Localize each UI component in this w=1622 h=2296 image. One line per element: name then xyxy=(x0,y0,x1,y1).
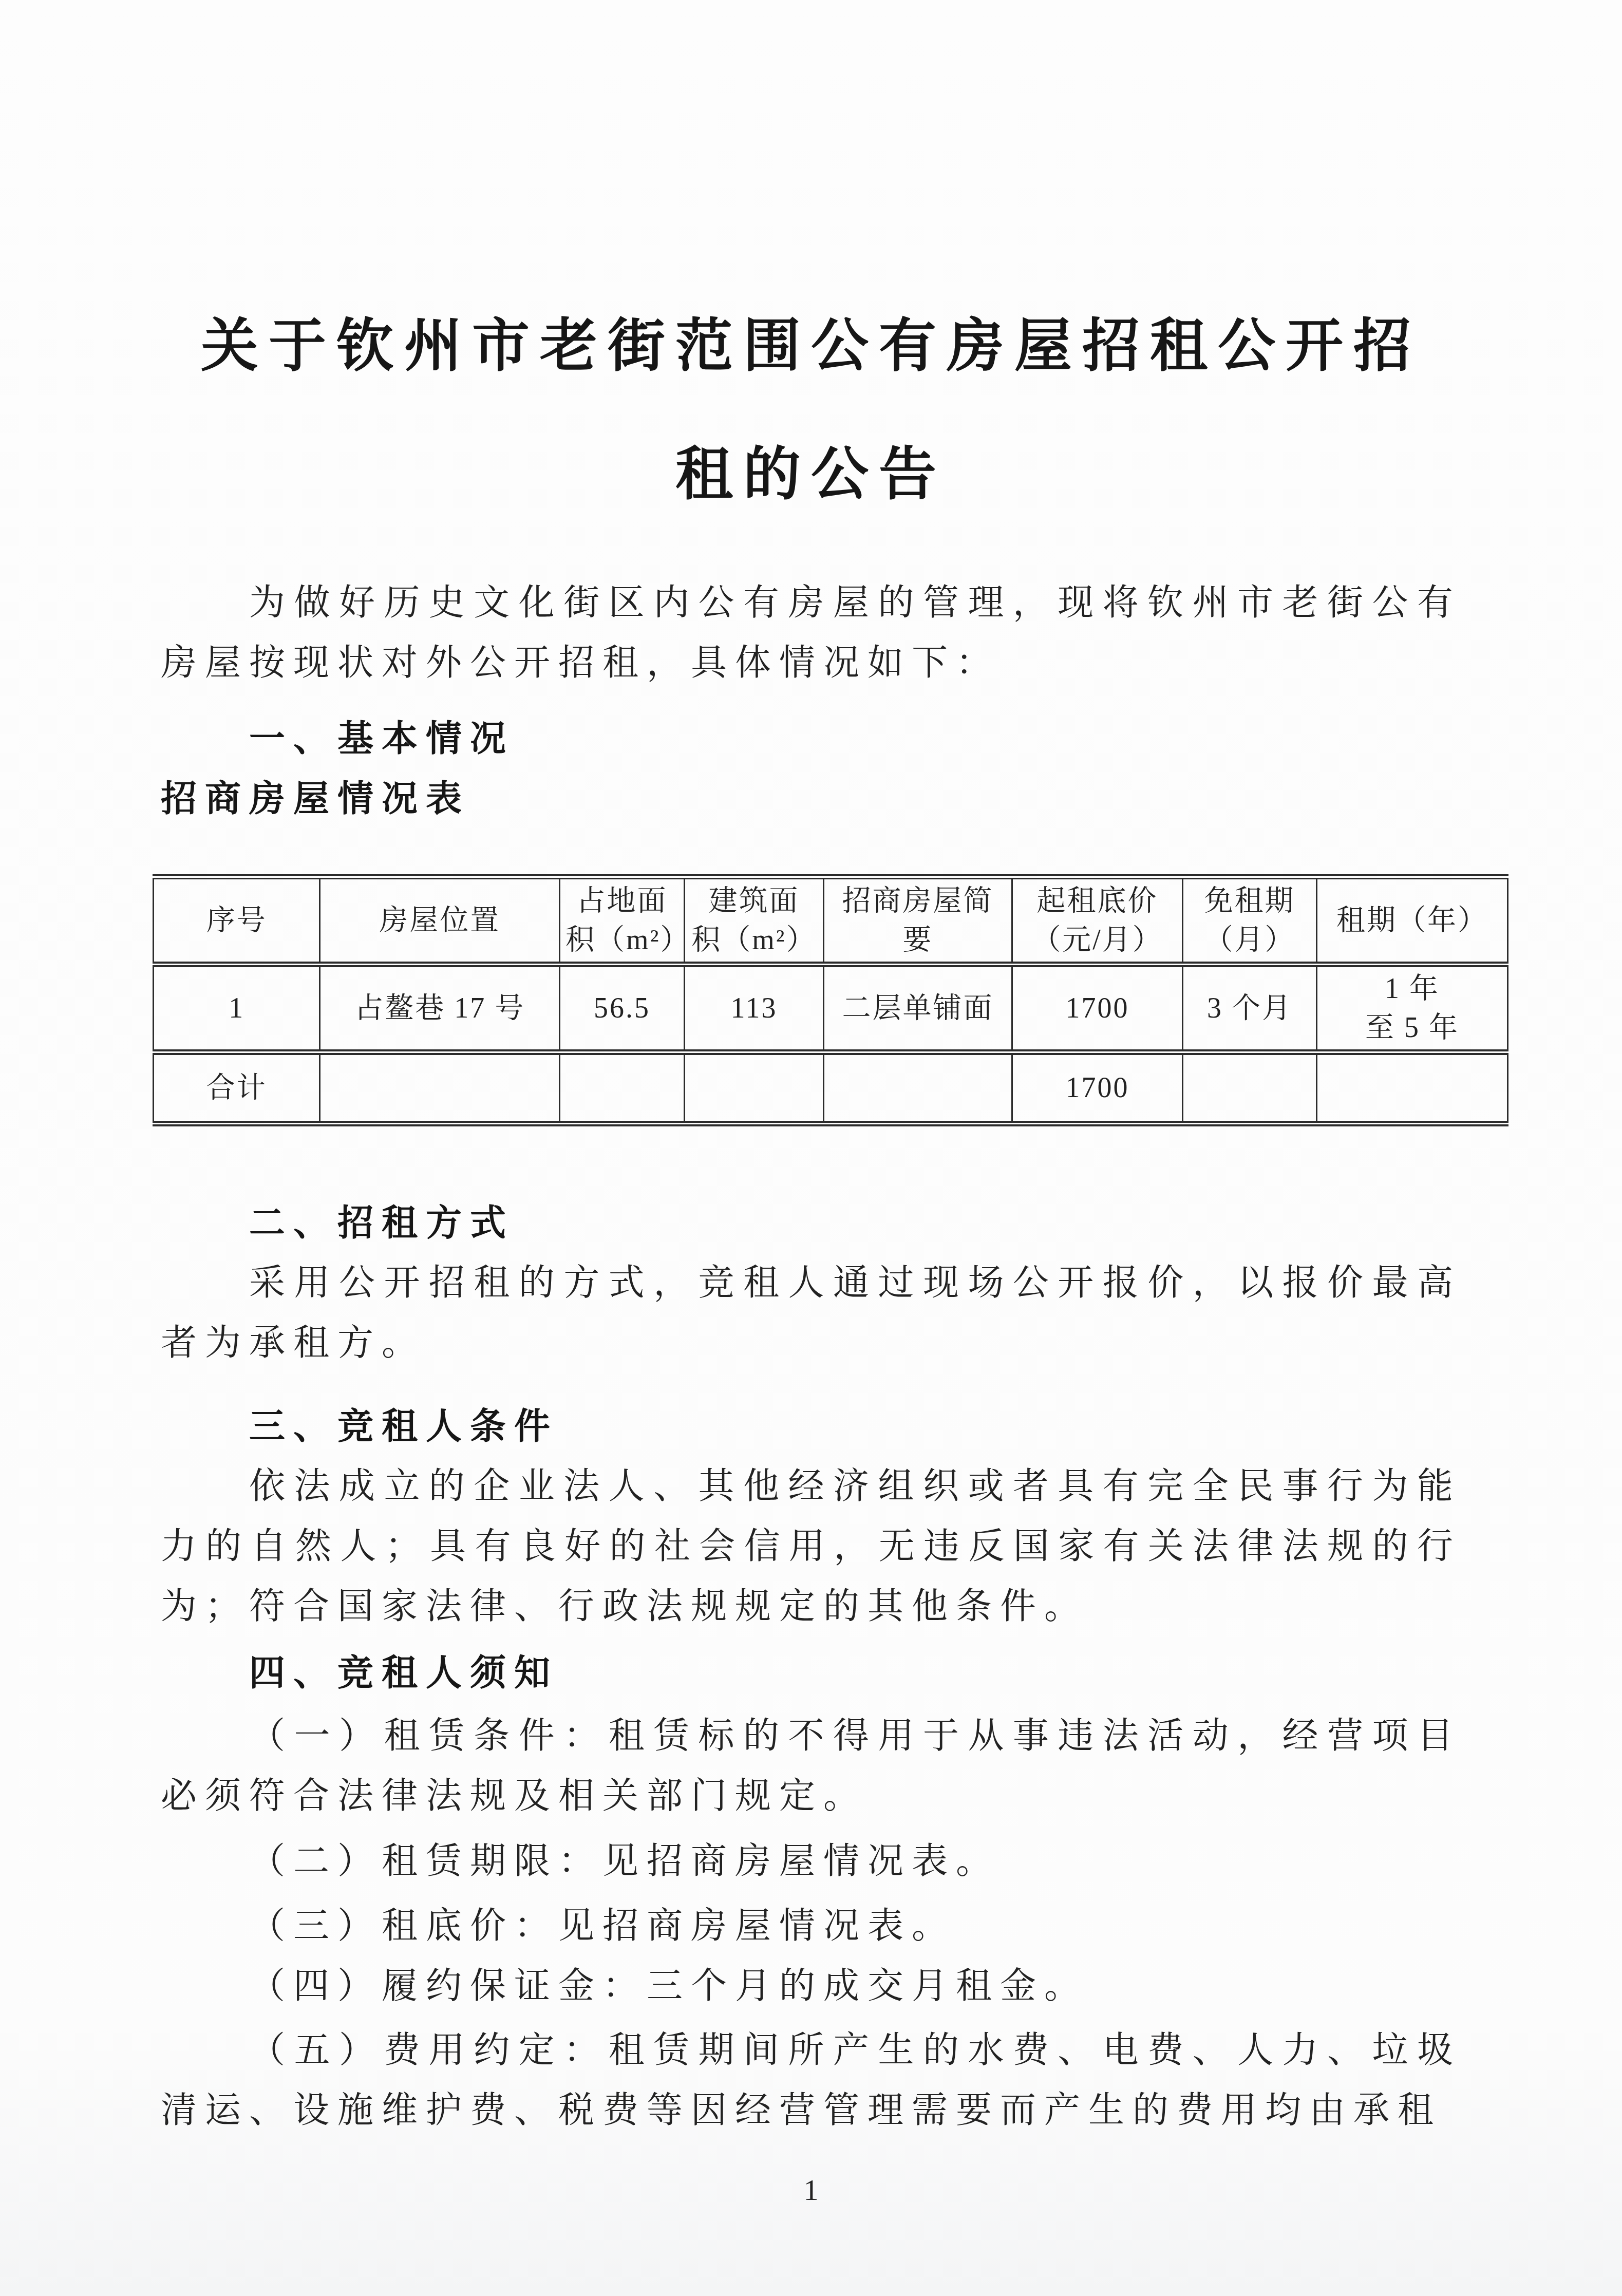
cell-total-brief xyxy=(824,1052,1012,1124)
document-title: 关于钦州市老街范围公有房屋招租公开招 租的公告 xyxy=(161,283,1461,539)
section-4-item-4: （四）履约保证金：三个月的成交月租金。 xyxy=(161,1956,1461,2017)
section-4-item-5: （五）费用约定：租赁期间所产生的水费、电费、人力、垃圾清运、设施维护费、税费等因… xyxy=(161,2021,1461,2141)
title-line-2: 租的公告 xyxy=(161,411,1461,539)
table-row: 1 占鳌巷 17 号 56.5 113 二层单铺面 1700 3 个月 1 年 … xyxy=(154,965,1508,1052)
cell-total-lease-term xyxy=(1317,1052,1508,1124)
cell-total-land-area xyxy=(560,1052,685,1124)
cell-land-area: 56.5 xyxy=(560,965,685,1052)
housing-table-wrapper: 序号 房屋位置 占地面 积（m²） 建筑面 积（m²） 招商房屋简 要 起租底价… xyxy=(153,874,1508,1126)
section-2-body: 采用公开招租的方式，竞租人通过现场公开报价，以报价最高者为承租方。 xyxy=(161,1253,1461,1373)
cell-total-label: 合计 xyxy=(154,1052,320,1124)
col-header-base-rent: 起租底价 （元/月） xyxy=(1012,877,1182,965)
col-header-index: 序号 xyxy=(154,877,320,965)
col-header-rent-free: 免租期 （月） xyxy=(1183,877,1317,965)
cell-building-area: 113 xyxy=(684,965,824,1052)
page-number: 1 xyxy=(161,2166,1461,2215)
section-4-heading: 四、竞租人须知 xyxy=(161,1643,1461,1703)
section-4-item-3: （三）租底价：见招商房屋情况表。 xyxy=(161,1896,1461,1956)
cell-rent-free: 3 个月 xyxy=(1183,965,1317,1052)
cell-total-base-rent: 1700 xyxy=(1012,1052,1182,1124)
section-3-heading: 三、竞租人条件 xyxy=(161,1397,1461,1457)
col-header-brief: 招商房屋简 要 xyxy=(824,877,1012,965)
col-header-location: 房屋位置 xyxy=(320,877,560,965)
cell-lease-term: 1 年 至 5 年 xyxy=(1317,965,1508,1052)
section-3-body: 依法成立的企业法人、其他经济组织或者具有完全民事行为能力的自然人；具有良好的社会… xyxy=(161,1457,1461,1637)
cell-location: 占鳌巷 17 号 xyxy=(320,965,560,1052)
section-1-heading: 一、基本情况 xyxy=(161,709,1461,769)
document-page: 关于钦州市老街范围公有房屋招租公开招 租的公告 为做好历史文化街区内公有房屋的管… xyxy=(0,0,1622,2296)
table-total-row: 合计 1700 xyxy=(154,1052,1508,1124)
section-4-item-1: （一）租赁条件：租赁标的不得用于从事违法活动，经营项目必须符合法律法规及相关部门… xyxy=(161,1706,1461,1827)
section-4-item-2: （二）租赁期限：见招商房屋情况表。 xyxy=(161,1832,1461,1892)
cell-total-location xyxy=(320,1052,560,1124)
cell-base-rent: 1700 xyxy=(1012,965,1182,1052)
title-line-1: 关于钦州市老街范围公有房屋招租公开招 xyxy=(161,283,1461,411)
intro-paragraph: 为做好历史文化街区内公有房屋的管理，现将钦州市老街公有房屋按现状对外公开招租，具… xyxy=(161,573,1461,693)
cell-index: 1 xyxy=(154,965,320,1052)
col-header-land-area: 占地面 积（m²） xyxy=(560,877,685,965)
section-2-heading: 二、招租方式 xyxy=(161,1193,1461,1253)
table-caption: 招商房屋情况表 xyxy=(161,769,1461,829)
table-header-row: 序号 房屋位置 占地面 积（m²） 建筑面 积（m²） 招商房屋简 要 起租底价… xyxy=(154,877,1508,965)
cell-total-rent-free xyxy=(1183,1052,1317,1124)
housing-info-table: 序号 房屋位置 占地面 积（m²） 建筑面 积（m²） 招商房屋简 要 起租底价… xyxy=(153,874,1508,1126)
cell-brief: 二层单铺面 xyxy=(824,965,1012,1052)
col-header-lease-term: 租期（年） xyxy=(1317,877,1508,965)
cell-total-building-area xyxy=(684,1052,824,1124)
col-header-building-area: 建筑面 积（m²） xyxy=(684,877,824,965)
